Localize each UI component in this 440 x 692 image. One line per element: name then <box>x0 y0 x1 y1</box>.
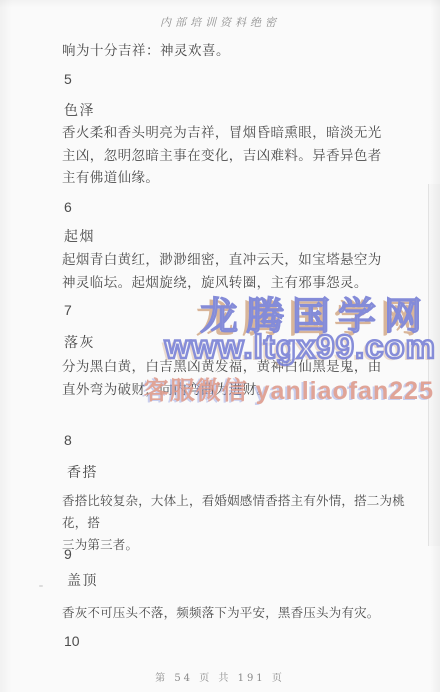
page-number-footer: 第 54 页 共 191 页 <box>0 669 440 684</box>
section-number-8: 8 <box>64 432 72 448</box>
intro-text: 响为十分吉祥：神灵欢喜。 <box>62 39 230 59</box>
confidential-header: 内部培训资料绝密 <box>0 14 440 30</box>
section-title-luohui: 落灰 <box>64 332 95 352</box>
section-title-sezé: 色泽 <box>64 100 95 120</box>
section-title-xiangda: 香搭 <box>67 462 98 482</box>
section-number-9: 9 <box>64 546 72 562</box>
section-body-5: 香火柔和香头明亮为吉祥，冒烟昏暗熏眼，暗淡无光 主凶，忽明忽暗主事在变化，吉凶难… <box>62 122 426 190</box>
section-title-qiyan: 起烟 <box>64 226 95 246</box>
section-number-5: 5 <box>64 71 72 87</box>
section-number-6: 6 <box>64 199 72 215</box>
section-body-8: 香搭比较复杂，大体上，看婚姻感情香搭主有外情，搭二为桃花，搭 三为第三者。 <box>62 490 426 556</box>
section-body-9: 香灰不可压头不落，频频落下为平安，黑香压头为有灾。 <box>62 602 426 625</box>
page-edge-shading <box>429 184 440 546</box>
scan-artifact-dot <box>39 585 43 587</box>
section-body-7: 分为黑白黄，白吉黑凶黄发福，黄神白仙黑是鬼，由 直外弯为破财，向内弯曲为进财。 <box>62 356 426 401</box>
section-title-gaiding: 盖顶 <box>67 570 98 590</box>
section-number-7: 7 <box>64 302 72 318</box>
section-body-6: 起烟青白黄红，渺渺细密，直冲云天，如宝塔悬空为 神灵临坛。起烟旋绕，旋风转圈，主… <box>62 249 426 294</box>
section-number-10: 10 <box>64 633 80 649</box>
